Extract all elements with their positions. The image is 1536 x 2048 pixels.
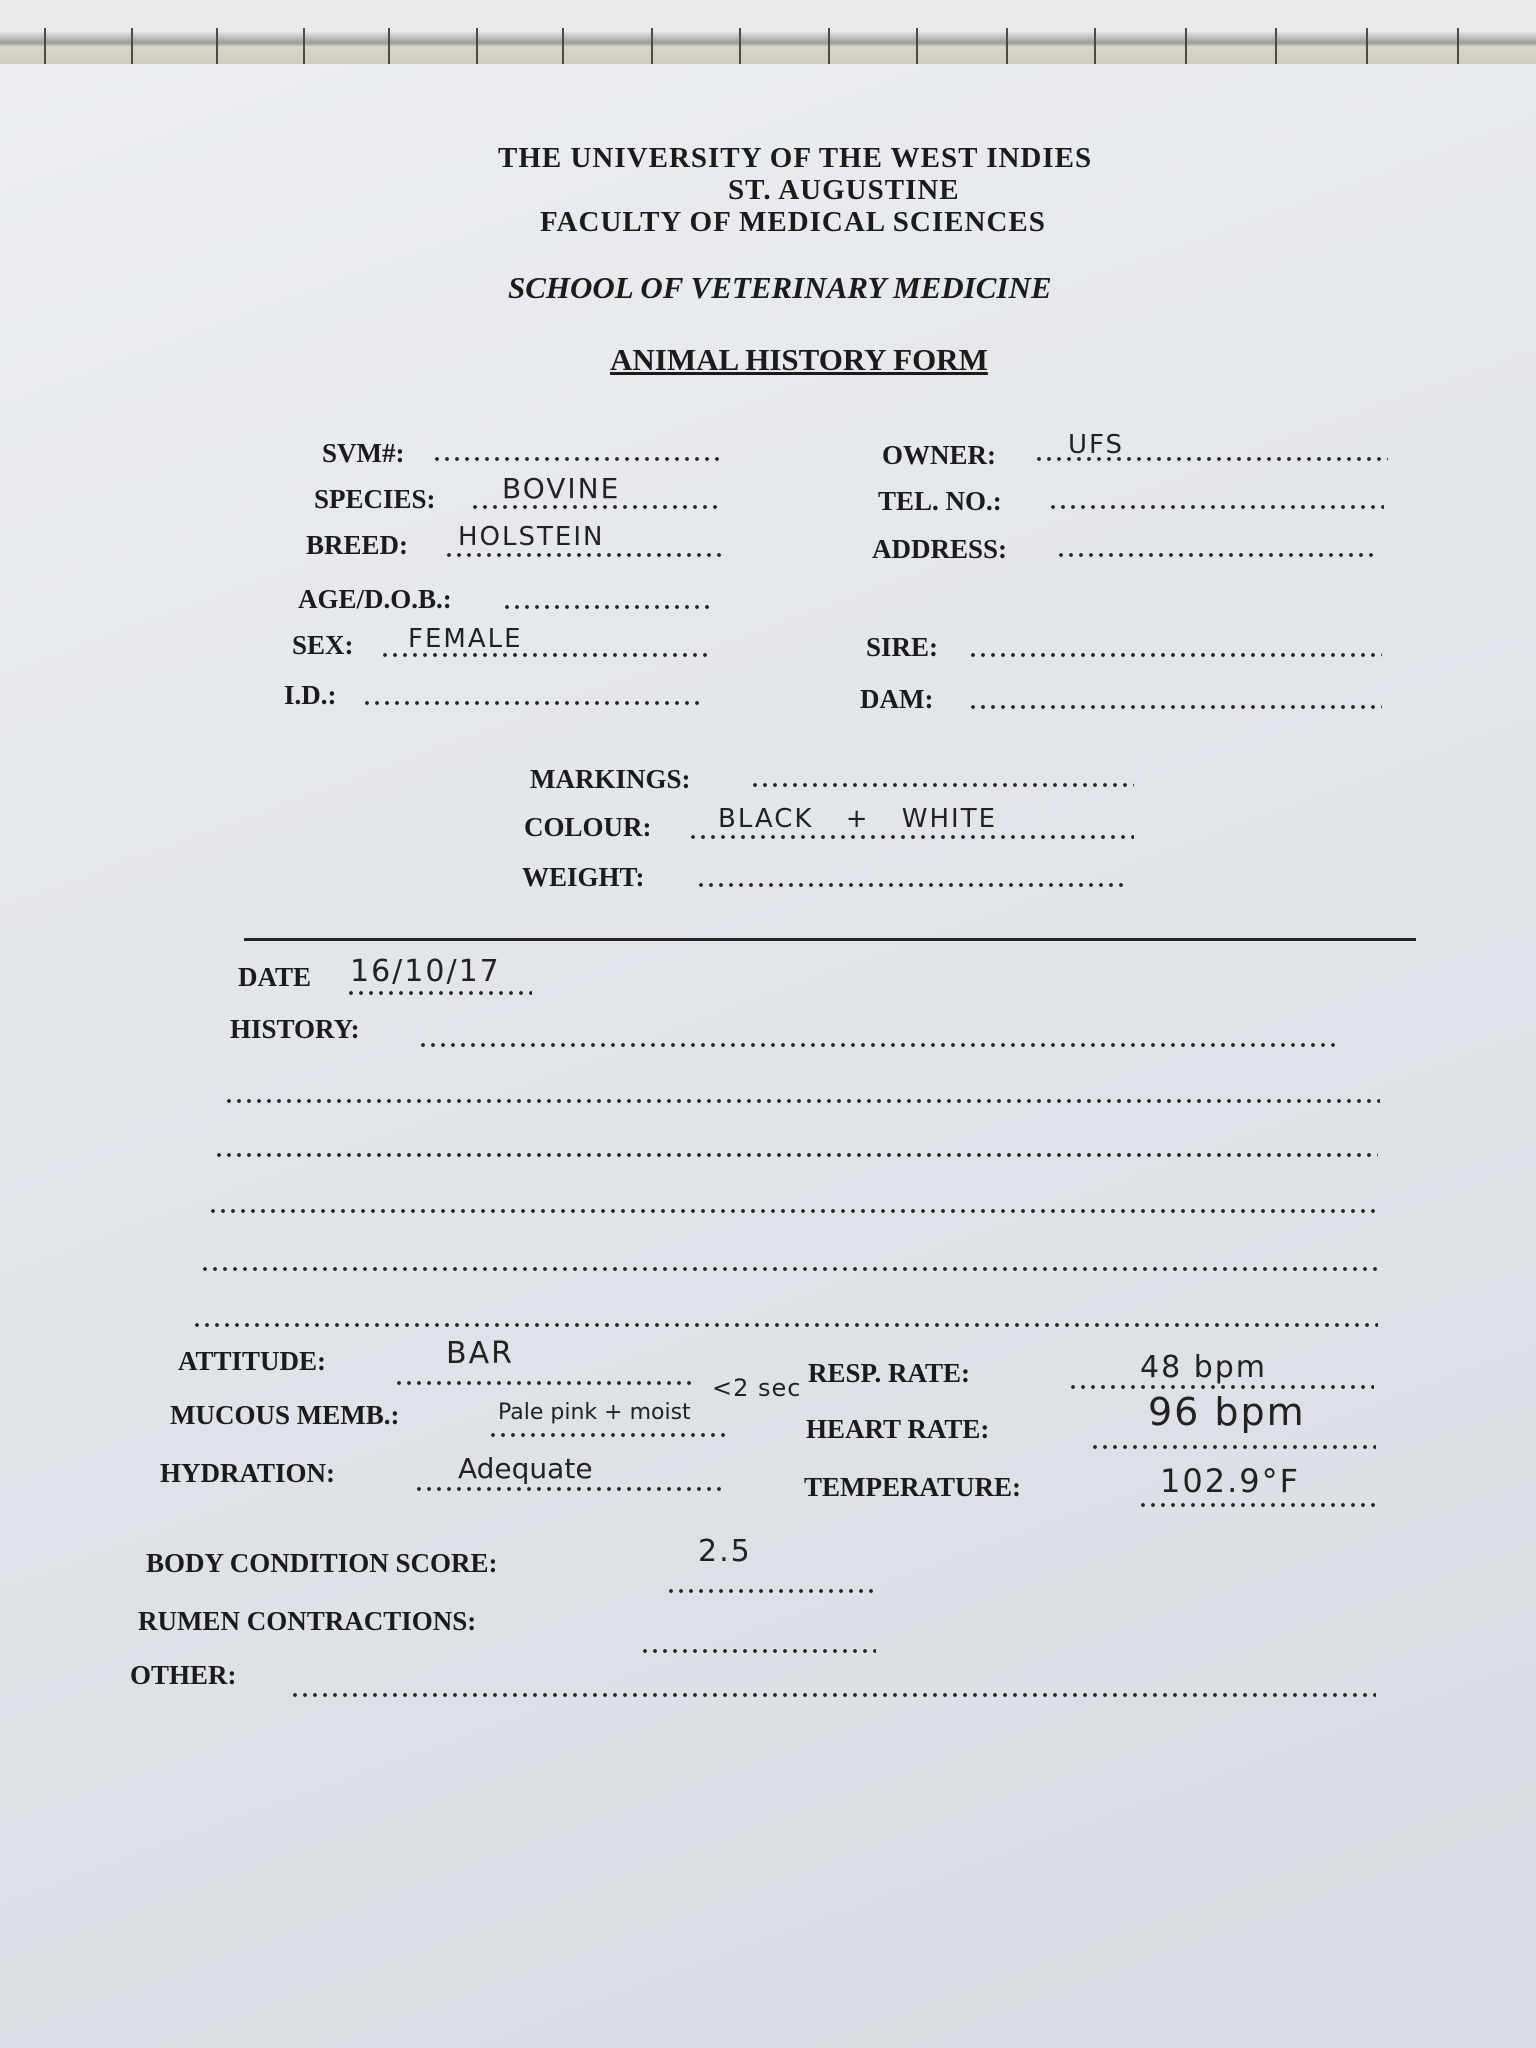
dam-label: DAM: — [860, 684, 933, 715]
body-condition-score-label: BODY CONDITION SCORE: — [146, 1548, 498, 1579]
hydration-label: HYDRATION: — [160, 1458, 335, 1489]
colour-label: COLOUR: — [524, 812, 652, 843]
heart-rate-label: HEART RATE: — [806, 1414, 989, 1445]
species-label: SPECIES: — [314, 484, 436, 515]
rumen-contractions-label: RUMEN CONTRACTIONS: — [138, 1606, 476, 1637]
hydration-value: Adequate — [458, 1452, 593, 1485]
resp-rate-label: RESP. RATE: — [808, 1358, 970, 1389]
address-field[interactable] — [1056, 552, 1376, 558]
temperature-value: 102.9°F — [1160, 1462, 1300, 1500]
campus-name: ST. AUGUSTINE — [728, 174, 960, 207]
sex-label: SEX: — [292, 630, 354, 661]
mucous-memb-label: MUCOUS MEMB.: — [170, 1400, 399, 1431]
weight-field[interactable] — [696, 882, 1128, 888]
heart-rate-value: 96 bpm — [1148, 1390, 1306, 1434]
heart-rate-field[interactable] — [1090, 1444, 1376, 1450]
id-field[interactable] — [362, 700, 702, 706]
date-value: 16/10/17 — [350, 954, 501, 989]
age-dob-field[interactable] — [502, 604, 714, 610]
history-line-3[interactable] — [214, 1152, 1378, 1158]
breed-label: BREED: — [306, 530, 408, 561]
rumen-contractions-field[interactable] — [640, 1648, 876, 1654]
faculty-name: FACULTY OF MEDICAL SCIENCES — [540, 206, 1046, 239]
history-line-1[interactable] — [418, 1042, 1340, 1048]
dam-field[interactable] — [968, 704, 1382, 710]
owner-label: OWNER: — [882, 440, 996, 471]
history-line-2[interactable] — [224, 1098, 1380, 1104]
tel-field[interactable] — [1048, 504, 1384, 510]
svm-label: SVM#: — [322, 438, 405, 469]
body-condition-score-value: 2.5 — [698, 1534, 752, 1569]
body-condition-score-field[interactable] — [666, 1588, 876, 1594]
breed-value: HOLSTEIN — [458, 522, 604, 552]
history-line-4[interactable] — [208, 1208, 1378, 1214]
date-label: DATE — [238, 962, 311, 993]
form-title: ANIMAL HISTORY FORM — [610, 342, 988, 378]
resp-rate-value: 48 bpm — [1140, 1350, 1267, 1385]
weight-label: WEIGHT: — [522, 862, 645, 893]
section-divider — [244, 938, 1416, 941]
other-label: OTHER: — [130, 1660, 237, 1691]
breed-field[interactable] — [444, 552, 722, 558]
other-field[interactable] — [290, 1692, 1376, 1698]
school-name: SCHOOL OF VETERINARY MEDICINE — [508, 270, 1052, 306]
owner-value: UFS — [1068, 430, 1124, 460]
mucous-memb-value: Pale pink + moist — [498, 1400, 691, 1425]
hydration-field[interactable] — [414, 1486, 724, 1492]
university-name: THE UNIVERSITY OF THE WEST INDIES — [498, 142, 1092, 175]
sire-label: SIRE: — [866, 632, 938, 663]
species-value: BOVINE — [502, 472, 620, 505]
mucous-memb-field[interactable] — [488, 1432, 728, 1438]
id-label: I.D.: — [284, 680, 337, 711]
markings-label: MARKINGS: — [530, 764, 691, 795]
colour-value: BLACK + WHITE — [718, 804, 997, 834]
attitude-field[interactable] — [394, 1380, 694, 1386]
sire-field[interactable] — [968, 652, 1382, 658]
attitude-label: ATTITUDE: — [178, 1346, 326, 1377]
date-field[interactable] — [346, 990, 532, 996]
history-line-6[interactable] — [192, 1322, 1378, 1328]
attitude-value: BAR — [446, 1336, 514, 1371]
colour-field[interactable] — [688, 834, 1134, 840]
crt-note: <2 sec — [712, 1374, 801, 1402]
tel-label: TEL. NO.: — [878, 486, 1002, 517]
age-dob-label: AGE/D.O.B.: — [298, 584, 452, 615]
temperature-label: TEMPERATURE: — [804, 1472, 1021, 1503]
history-label: HISTORY: — [230, 1014, 360, 1045]
history-line-5[interactable] — [200, 1266, 1378, 1272]
svm-field[interactable] — [432, 456, 722, 462]
markings-field[interactable] — [750, 782, 1134, 788]
sex-value: FEMALE — [408, 624, 523, 654]
temperature-field[interactable] — [1138, 1502, 1376, 1508]
address-label: ADDRESS: — [872, 534, 1007, 565]
